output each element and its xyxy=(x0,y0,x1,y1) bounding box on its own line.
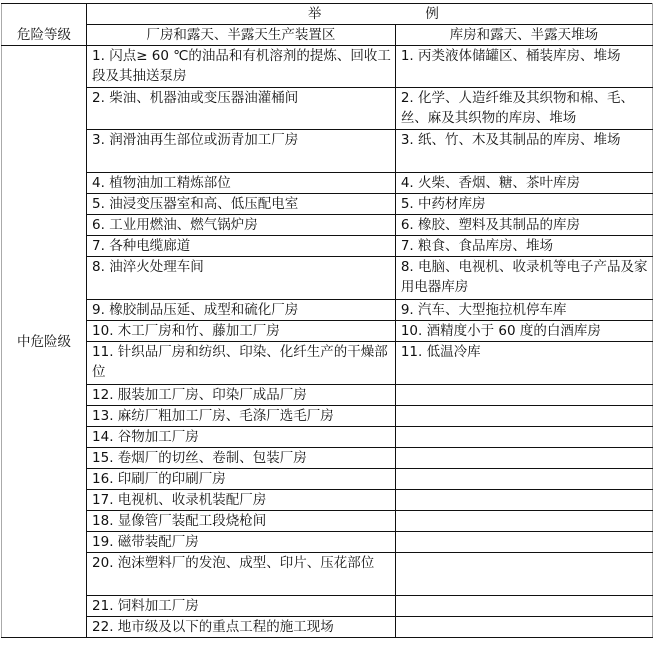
production-cell: 5. 油浸变压器室和高、低压配电室 xyxy=(87,194,396,215)
storage-cell: 6. 橡胶、塑料及其制品的库房 xyxy=(395,215,652,236)
table-row: 15. 卷烟厂的切丝、卷制、包装厂房 xyxy=(2,448,653,469)
production-cell: 4. 植物油加工精炼部位 xyxy=(87,173,396,194)
storage-cell: 1. 丙类液体储罐区、桶装库房、堆场 xyxy=(395,46,652,88)
table-row: 22. 地市级及以下的重点工程的施工现场 xyxy=(2,617,653,638)
table-row: 8. 油淬火处理车间 8. 电脑、电视机、收录机等电子产品及家用电器库房 xyxy=(2,257,653,300)
table-row: 12. 服装加工厂房、印染厂成品厂房 xyxy=(2,385,653,406)
production-cell: 8. 油淬火处理车间 xyxy=(87,257,396,300)
production-cell: 13. 麻纺厂粗加工厂房、毛涤厂选毛厂房 xyxy=(87,406,396,427)
table-row: 17. 电视机、收录机装配厂房 xyxy=(2,490,653,511)
table-row: 13. 麻纺厂粗加工厂房、毛涤厂选毛厂房 xyxy=(2,406,653,427)
storage-cell: 10. 酒精度小于 60 度的白酒库房 xyxy=(395,321,652,342)
production-cell: 17. 电视机、收录机装配厂房 xyxy=(87,490,396,511)
storage-cell: 4. 火柴、香烟、糖、茶叶库房 xyxy=(395,173,652,194)
table-row: 7. 各种电缆廊道 7. 粮食、食品库房、堆场 xyxy=(2,236,653,257)
table-row: 16. 印刷厂的印刷厂房 xyxy=(2,469,653,490)
table-row: 21. 饲料加工厂房 xyxy=(2,596,653,617)
storage-cell: 7. 粮食、食品库房、堆场 xyxy=(395,236,652,257)
storage-cell xyxy=(395,617,652,638)
example-header-left: 举 xyxy=(87,4,396,25)
grade-header-label: 危险等级 xyxy=(17,27,71,43)
table-row: 3. 润滑油再生部位或沥青加工厂房 3. 纸、竹、木及其制品的库房、堆场 xyxy=(2,130,653,173)
storage-cell xyxy=(395,469,652,490)
production-cell: 2. 柴油、机器油或变压器油灌桶间 xyxy=(87,88,396,130)
production-column-header: 厂房和露天、半露天生产装置区 xyxy=(87,25,396,46)
storage-cell: 11. 低温冷库 xyxy=(395,342,652,385)
hazard-classification-table: 危险等级 举 例 厂房和露天、半露天生产装置区 库房和露天、半露天堆场 中危险级… xyxy=(1,3,653,638)
storage-cell xyxy=(395,427,652,448)
table-row: 6. 工业用燃油、燃气锅炉房 6. 橡胶、塑料及其制品的库房 xyxy=(2,215,653,236)
table-row: 11. 针织品厂房和纺织、印染、化纤生产的干燥部位 11. 低温冷库 xyxy=(2,342,653,385)
table-row: 14. 谷物加工厂房 xyxy=(2,427,653,448)
table-row: 18. 显像管厂装配工段烧枪间 xyxy=(2,511,653,532)
table-row: 4. 植物油加工精炼部位 4. 火柴、香烟、糖、茶叶库房 xyxy=(2,173,653,194)
production-cell: 14. 谷物加工厂房 xyxy=(87,427,396,448)
production-cell: 19. 磁带装配厂房 xyxy=(87,532,396,553)
storage-cell: 5. 中药材库房 xyxy=(395,194,652,215)
table-row: 5. 油浸变压器室和高、低压配电室 5. 中药材库房 xyxy=(2,194,653,215)
storage-cell xyxy=(395,406,652,427)
production-cell: 18. 显像管厂装配工段烧枪间 xyxy=(87,511,396,532)
table-row: 9. 橡胶制品压延、成型和硫化厂房 9. 汽车、大型拖拉机停车库 xyxy=(2,300,653,321)
production-cell: 21. 饲料加工厂房 xyxy=(87,596,396,617)
production-cell: 1. 闪点≥ 60 ℃的油品和有机溶剂的提炼、回收工段及其抽送泵房 xyxy=(87,46,396,88)
storage-cell xyxy=(395,553,652,596)
production-cell: 6. 工业用燃油、燃气锅炉房 xyxy=(87,215,396,236)
storage-cell xyxy=(395,532,652,553)
storage-cell: 9. 汽车、大型拖拉机停车库 xyxy=(395,300,652,321)
storage-cell: 2. 化学、人造纤维及其织物和棉、毛、丝、麻及其织物的库房、堆场 xyxy=(395,88,652,130)
storage-cell: 8. 电脑、电视机、收录机等电子产品及家用电器库房 xyxy=(395,257,652,300)
production-cell: 7. 各种电缆廊道 xyxy=(87,236,396,257)
production-cell: 20. 泡沫塑料厂的发泡、成型、印片、压花部位 xyxy=(87,553,396,596)
table-row: 10. 木工厂房和竹、藤加工厂房 10. 酒精度小于 60 度的白酒库房 xyxy=(2,321,653,342)
production-cell: 9. 橡胶制品压延、成型和硫化厂房 xyxy=(87,300,396,321)
grade-header: 危险等级 xyxy=(2,4,87,46)
table-row: 2. 柴油、机器油或变压器油灌桶间 2. 化学、人造纤维及其织物和棉、毛、丝、麻… xyxy=(2,88,653,130)
production-cell: 22. 地市级及以下的重点工程的施工现场 xyxy=(87,617,396,638)
table-row: 20. 泡沫塑料厂的发泡、成型、印片、压花部位 xyxy=(2,553,653,596)
storage-cell xyxy=(395,385,652,406)
table-row: 19. 磁带装配厂房 xyxy=(2,532,653,553)
storage-cell xyxy=(395,490,652,511)
production-cell: 11. 针织品厂房和纺织、印染、化纤生产的干燥部位 xyxy=(87,342,396,385)
production-cell: 15. 卷烟厂的切丝、卷制、包装厂房 xyxy=(87,448,396,469)
production-cell: 10. 木工厂房和竹、藤加工厂房 xyxy=(87,321,396,342)
storage-column-header: 库房和露天、半露天堆场 xyxy=(395,25,652,46)
production-cell: 12. 服装加工厂房、印染厂成品厂房 xyxy=(87,385,396,406)
storage-cell xyxy=(395,448,652,469)
production-cell: 16. 印刷厂的印刷厂房 xyxy=(87,469,396,490)
storage-cell xyxy=(395,511,652,532)
production-cell: 3. 润滑油再生部位或沥青加工厂房 xyxy=(87,130,396,173)
example-header-right: 例 xyxy=(395,4,652,25)
storage-cell xyxy=(395,596,652,617)
storage-cell: 3. 纸、竹、木及其制品的库房、堆场 xyxy=(395,130,652,173)
hazard-grade-cell: 中危险级 xyxy=(2,46,87,638)
table-row: 中危险级 1. 闪点≥ 60 ℃的油品和有机溶剂的提炼、回收工段及其抽送泵房 1… xyxy=(2,46,653,88)
